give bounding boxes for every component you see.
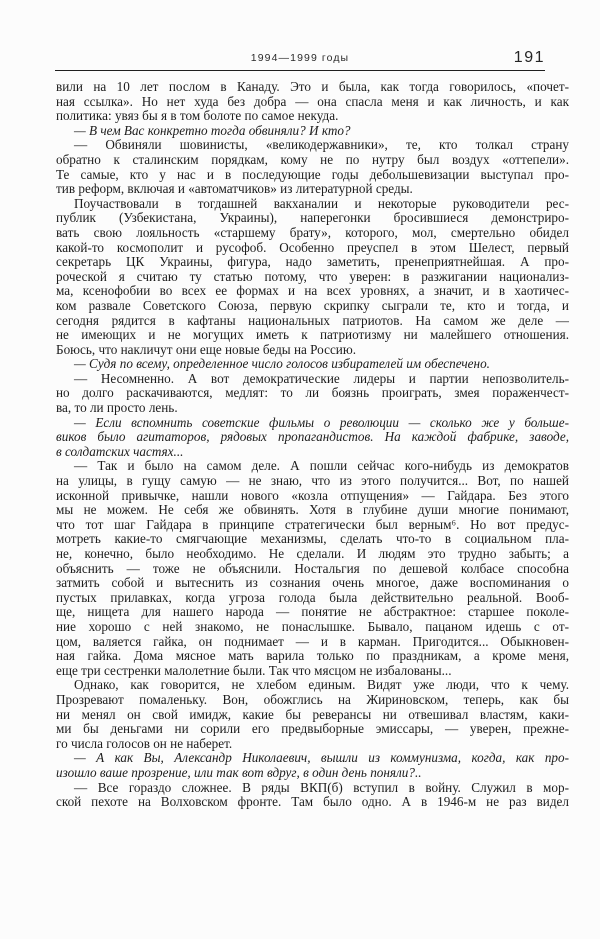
text-line: ва, то ли просто лень.	[56, 401, 569, 416]
running-head: 1994—1999 годы	[55, 52, 545, 64]
text-line: ние хорошо с ней знакомо, не понаслышке.…	[56, 620, 569, 635]
text-line: сегодня рядится в кафтаны национальных п…	[56, 314, 569, 329]
paragraph: — Так и было на самом деле. А пошли сейч…	[56, 459, 569, 678]
text-line: что тот шаг Гайдара в принципе стратегич…	[56, 518, 569, 533]
paragraph: — В чем Вас конкретно тогда обвиняли? И …	[56, 124, 569, 139]
text-line: мы не можем. Не себя же обвинять. Хотя в…	[56, 503, 569, 518]
text-line: ще, нищета для нашего народа — понятие н…	[56, 605, 569, 620]
text-line: какой-то космополит и русофоб. Особенно …	[56, 241, 569, 256]
book-page: 1994—1999 годы 191 вили на 10 лет послом…	[0, 0, 600, 939]
text-line: ни менял он свой имидж, какие бы реверан…	[56, 708, 569, 723]
text-line: — Несомненно. А вот демократические лиде…	[56, 372, 569, 387]
text-line: затмить собой и вытеснить из сознания оч…	[56, 576, 569, 591]
paragraph: вили на 10 лет послом в Канаду. Это и бы…	[56, 80, 569, 124]
text-line: секретарь ЦК Украины, фигура, надо замет…	[56, 255, 569, 270]
text-line: не имеющих и не могущих иметь к патриоти…	[56, 328, 569, 343]
text-line: — Обвиняли шовинисты, «великодержавники»…	[56, 138, 569, 153]
text-line: не, конечно, было необходимо. Не сделали…	[56, 547, 569, 562]
text-line: еще три сестренки малолетние были. Так ч…	[56, 664, 569, 679]
text-line: вать свою лояльность «старшему брату», к…	[56, 226, 569, 241]
paragraph: — Обвиняли шовинисты, «великодержавники»…	[56, 138, 569, 196]
text-line: го числа голосов он не наберет.	[56, 737, 569, 752]
paragraph: Однако, как говорится, не хлебом единым.…	[56, 678, 569, 751]
text-line: виков было агитаторов, рядовых пропаганд…	[56, 430, 569, 445]
text-line: ная ссылка». Но нет худа без добра — она…	[56, 95, 569, 110]
text-line: ма, ксенофобии во всех ее формах и на вс…	[56, 284, 569, 299]
text-line: Боюсь, что накличут они еще новые беды н…	[56, 343, 569, 358]
text-line: мотреть какие-то смягчающие механизмы, с…	[56, 532, 569, 547]
paragraph: — Судя по всему, определенное число голо…	[56, 357, 569, 372]
text-line: на улицы, в гущу самую — не знаю, что из…	[56, 474, 569, 489]
text-line: тив реформ, включая и «автоматчиков» из …	[56, 182, 569, 197]
text-line: — Все гораздо сложнее. В ряды ВКП(б) вст…	[56, 781, 569, 796]
text-line: — А как Вы, Александр Николаевич, вышли …	[56, 751, 569, 766]
text-line: роческой я считаю ту статью потому, что …	[56, 270, 569, 285]
page-number: 191	[514, 49, 545, 67]
text-line: Прозревают помаленьку. Вон, обожглись на…	[56, 693, 569, 708]
text-line: ми бы деньгами ни сорили его предвыборны…	[56, 722, 569, 737]
paragraph: Поучаствовали в тогдашней вакханалии и н…	[56, 197, 569, 358]
paragraph: — Все гораздо сложнее. В ряды ВКП(б) вст…	[56, 781, 569, 810]
text-line: обратно к сталинским порядкам, кому не п…	[56, 153, 569, 168]
text-line: — В чем Вас конкретно тогда обвиняли? И …	[56, 124, 569, 139]
text-line: в солдатских частях...	[56, 445, 569, 460]
text-line: изошло ваше прозрение, или так вот вдруг…	[56, 766, 569, 781]
text-line: Однако, как говорится, не хлебом единым.…	[56, 678, 569, 693]
text-line: вили на 10 лет послом в Канаду. Это и бы…	[56, 80, 569, 95]
text-line: но долго раскачиваются, медлят: то ли бо…	[56, 386, 569, 401]
text-line: публик (Узбекистана, Украины), наперегон…	[56, 211, 569, 226]
text-line: — Судя по всему, определенное число голо…	[56, 357, 569, 372]
text-line: исконной привычке, нашли нового «козла о…	[56, 489, 569, 504]
paragraph: — Несомненно. А вот демократические лиде…	[56, 372, 569, 416]
body-text: вили на 10 лет послом в Канаду. Это и бы…	[56, 80, 569, 810]
text-line: Поучаствовали в тогдашней вакханалии и н…	[56, 197, 569, 212]
text-line: цом, валяется гайка, он поднимает — и в …	[56, 635, 569, 650]
text-line: ная гайка. Дома мясное мать варила тольк…	[56, 649, 569, 664]
text-line: политика: увяз бы я в том болоте по само…	[56, 109, 569, 124]
text-line: ской пехоте на Волховском фронте. Там бы…	[56, 795, 569, 810]
text-line: объяснить — тоже не объяснили. Ностальги…	[56, 562, 569, 577]
text-line: Те самые, кто у нас и в последующие годы…	[56, 168, 569, 183]
paragraph: — А как Вы, Александр Николаевич, вышли …	[56, 751, 569, 780]
text-line: ком развале Советского Союза, первую скр…	[56, 299, 569, 314]
text-line: — Так и было на самом деле. А пошли сейч…	[56, 459, 569, 474]
page-header: 1994—1999 годы 191	[55, 44, 545, 71]
text-line: пустых прилавках, когда угроза голода бы…	[56, 591, 569, 606]
paragraph: — Если вспомнить советские фильмы о рево…	[56, 416, 569, 460]
text-line: — Если вспомнить советские фильмы о рево…	[56, 416, 569, 431]
